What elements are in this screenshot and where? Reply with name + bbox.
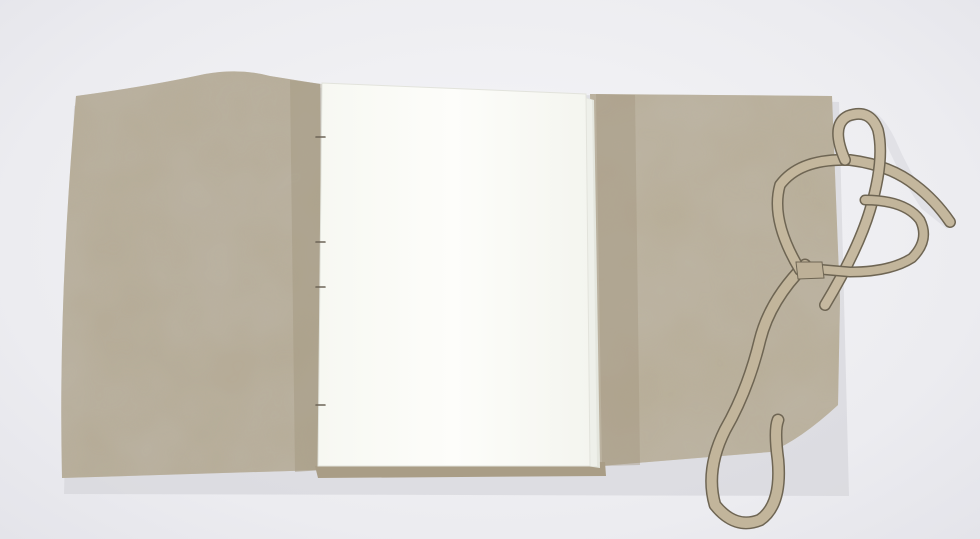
strap-tab (796, 262, 824, 279)
page-block (318, 83, 600, 468)
right-cover (590, 94, 840, 466)
journal-photo (0, 0, 980, 539)
left-cover (61, 71, 322, 478)
